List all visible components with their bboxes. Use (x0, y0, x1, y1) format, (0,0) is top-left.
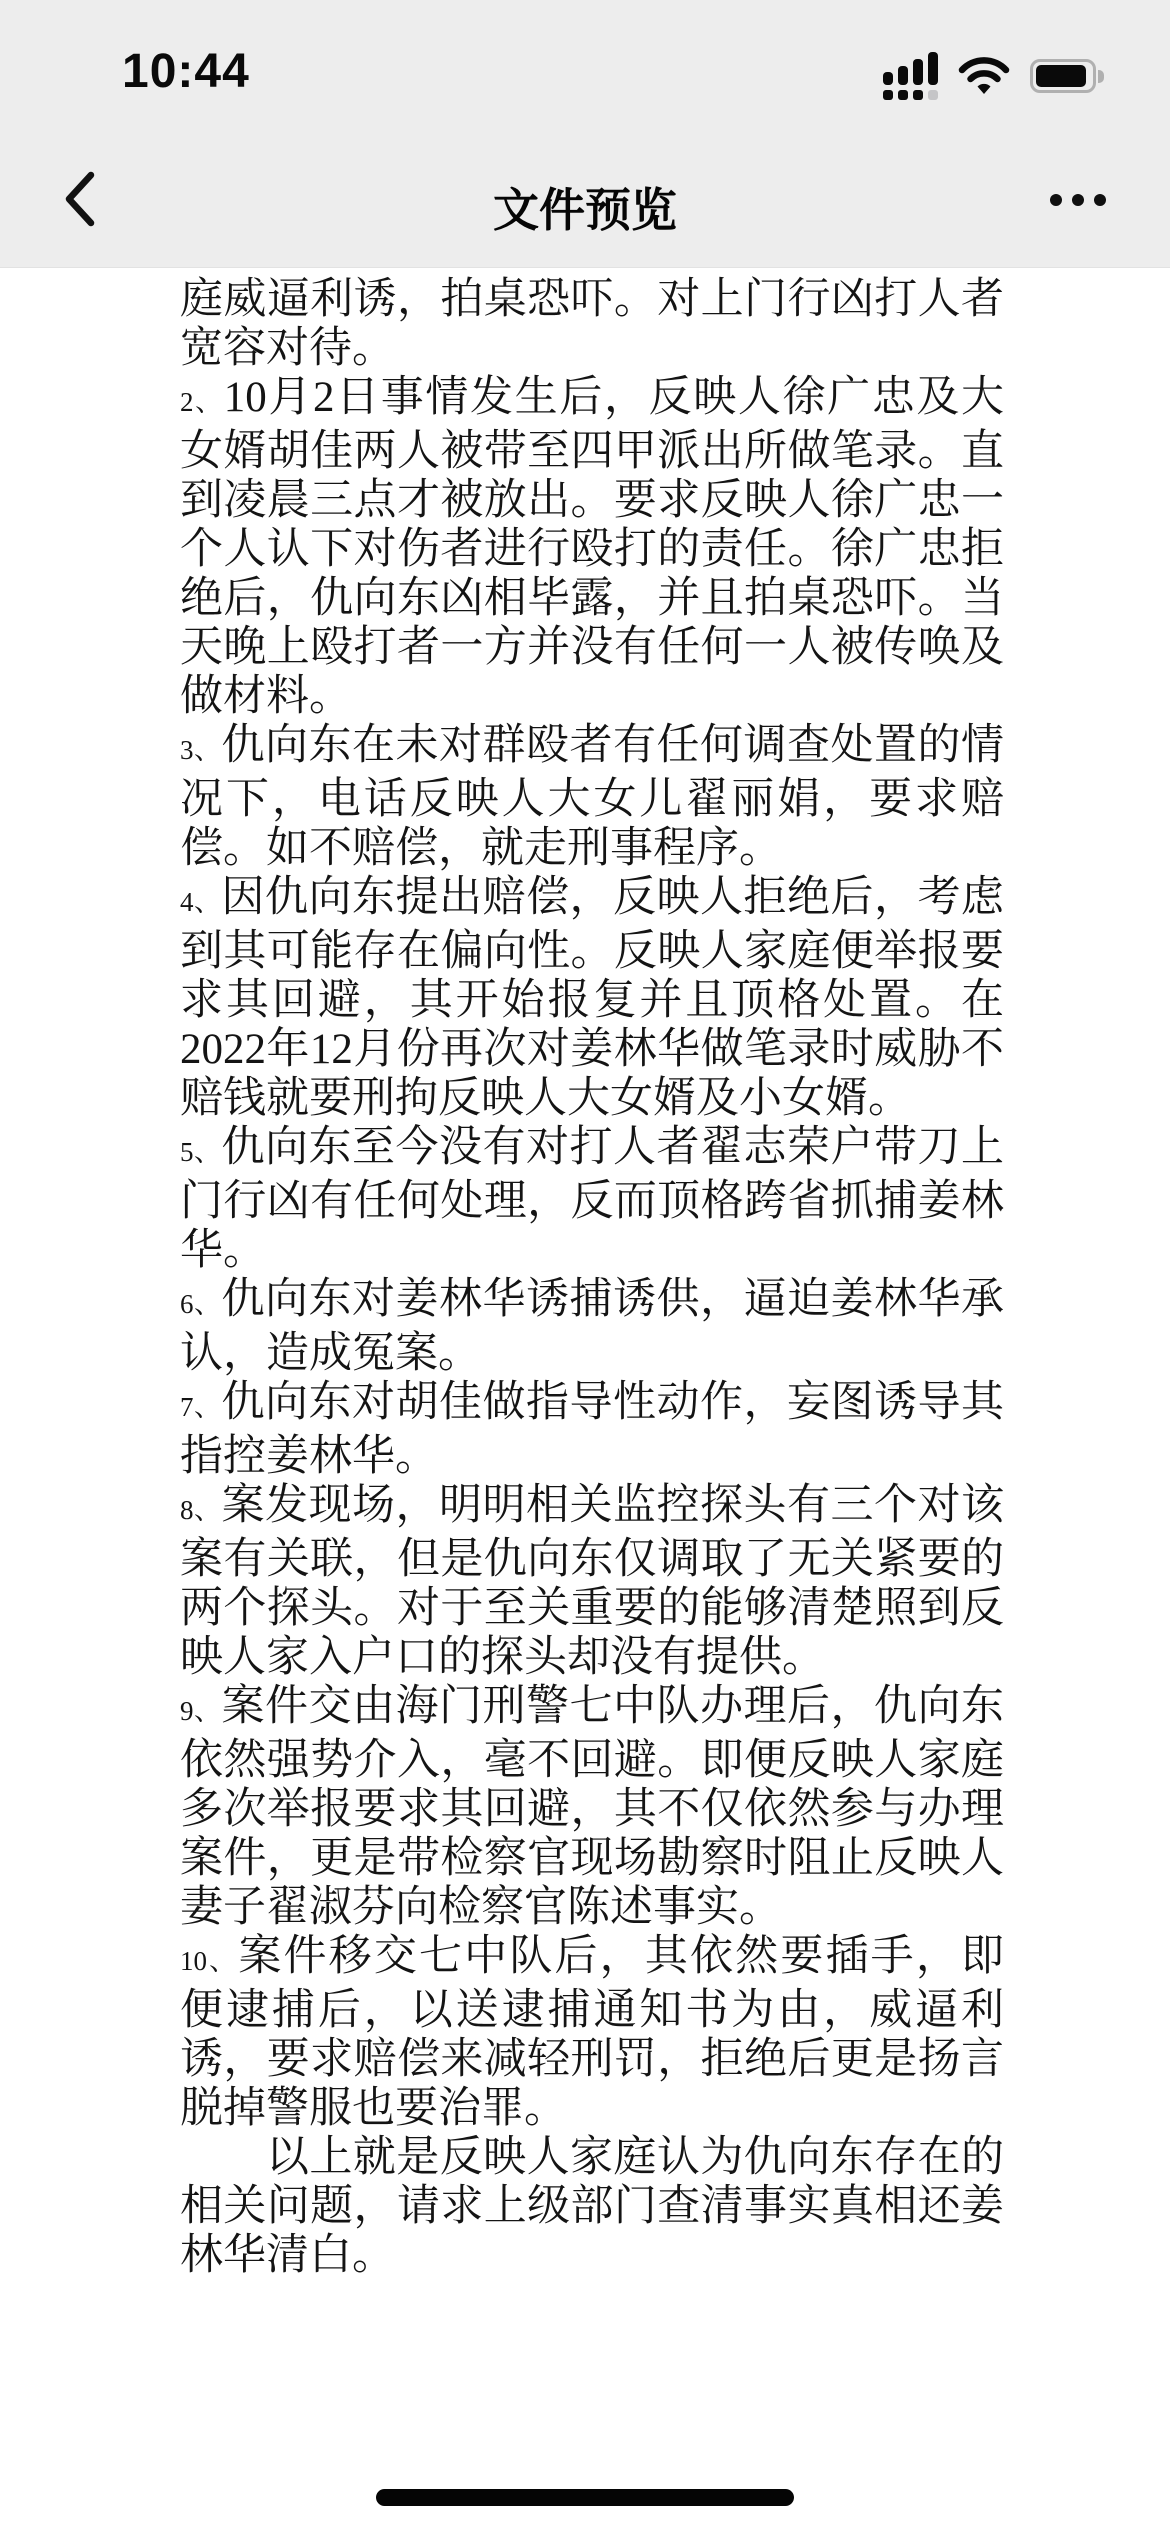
nav-bar: 文件预览 (0, 130, 1170, 268)
document-paragraph: 9、案件交由海门刑警七中队办理后，仇向东依然强势介入，毫不回避。即便反映人家庭多… (180, 1682, 1004, 1932)
battery-body (1030, 59, 1096, 93)
cellular-sim2-dots (883, 90, 938, 100)
list-marker: 5、 (180, 1137, 222, 1167)
battery-nub (1098, 70, 1104, 83)
list-marker: 2、 (180, 387, 224, 417)
more-button[interactable] (1042, 170, 1114, 230)
document-paragraph: 5、仇向东至今没有对打人者翟志荣户带刀上门行凶有任何处理，反而顶格跨省抓捕姜林华… (180, 1123, 1004, 1275)
document-preview-area[interactable]: 庭威逼利诱，拍桌恐吓。对上门行凶打人者宽容对待。2、10月2日事情发生后，反映人… (0, 269, 1170, 2532)
list-marker: 10、 (180, 1946, 238, 1976)
status-icons (883, 52, 1104, 100)
list-marker: 4、 (180, 887, 222, 917)
list-marker: 3、 (180, 735, 222, 765)
ellipsis-icon (1050, 194, 1106, 206)
battery-fill (1036, 65, 1086, 87)
back-button[interactable] (44, 158, 114, 242)
document-paragraph: 3、仇向东在未对群殴者有任何调查处置的情况下，电话反映人大女儿翟丽娟，要求赔偿。… (180, 721, 1004, 873)
home-indicator[interactable] (376, 2489, 794, 2506)
document-paragraph: 6、仇向东对姜林华诱捕诱供，逼迫姜林华承认，造成冤案。 (180, 1275, 1004, 1378)
list-marker: 8、 (180, 1495, 222, 1525)
header: 10:44 (0, 0, 1170, 268)
battery-icon (1030, 59, 1104, 93)
document-paragraph: 7、仇向东对胡佳做指导性动作，妄图诱导其指控姜林华。 (180, 1378, 1004, 1481)
list-marker: 9、 (180, 1696, 222, 1726)
list-marker: 7、 (180, 1392, 222, 1422)
document-paragraph: 4、因仇向东提出赔偿，反映人拒绝后，考虑到其可能存在偏向性。反映人家庭便举报要求… (180, 873, 1004, 1123)
document-paragraph: 2、10月2日事情发生后，反映人徐广忠及大女婿胡佳两人被带至四甲派出所做笔录。直… (180, 373, 1004, 721)
document-paragraph: 庭威逼利诱，拍桌恐吓。对上门行凶打人者宽容对待。 (180, 275, 1004, 373)
cellular-signal-icon (883, 52, 938, 100)
document-paragraph: 10、案件移交七中队后，其依然要插手，即便逮捕后，以送逮捕通知书为由，威逼利诱，… (180, 1932, 1004, 2133)
document-paragraph: 以上就是反映人家庭认为仇向东存在的相关问题，请求上级部门查清事实真相还姜林华清白… (180, 2133, 1004, 2280)
status-bar: 10:44 (0, 0, 1170, 130)
status-time: 10:44 (122, 44, 250, 99)
list-marker: 6、 (180, 1289, 222, 1319)
chevron-left-icon (62, 170, 96, 231)
page-title: 文件预览 (160, 174, 1010, 240)
wifi-icon (958, 56, 1010, 96)
cellular-bars (883, 52, 938, 85)
document-paragraph: 8、案发现场，明明相关监控探头有三个对该案有关联，但是仇向东仅调取了无关紧要的两… (180, 1481, 1004, 1682)
document-body: 庭威逼利诱，拍桌恐吓。对上门行凶打人者宽容对待。2、10月2日事情发生后，反映人… (180, 275, 1004, 2280)
